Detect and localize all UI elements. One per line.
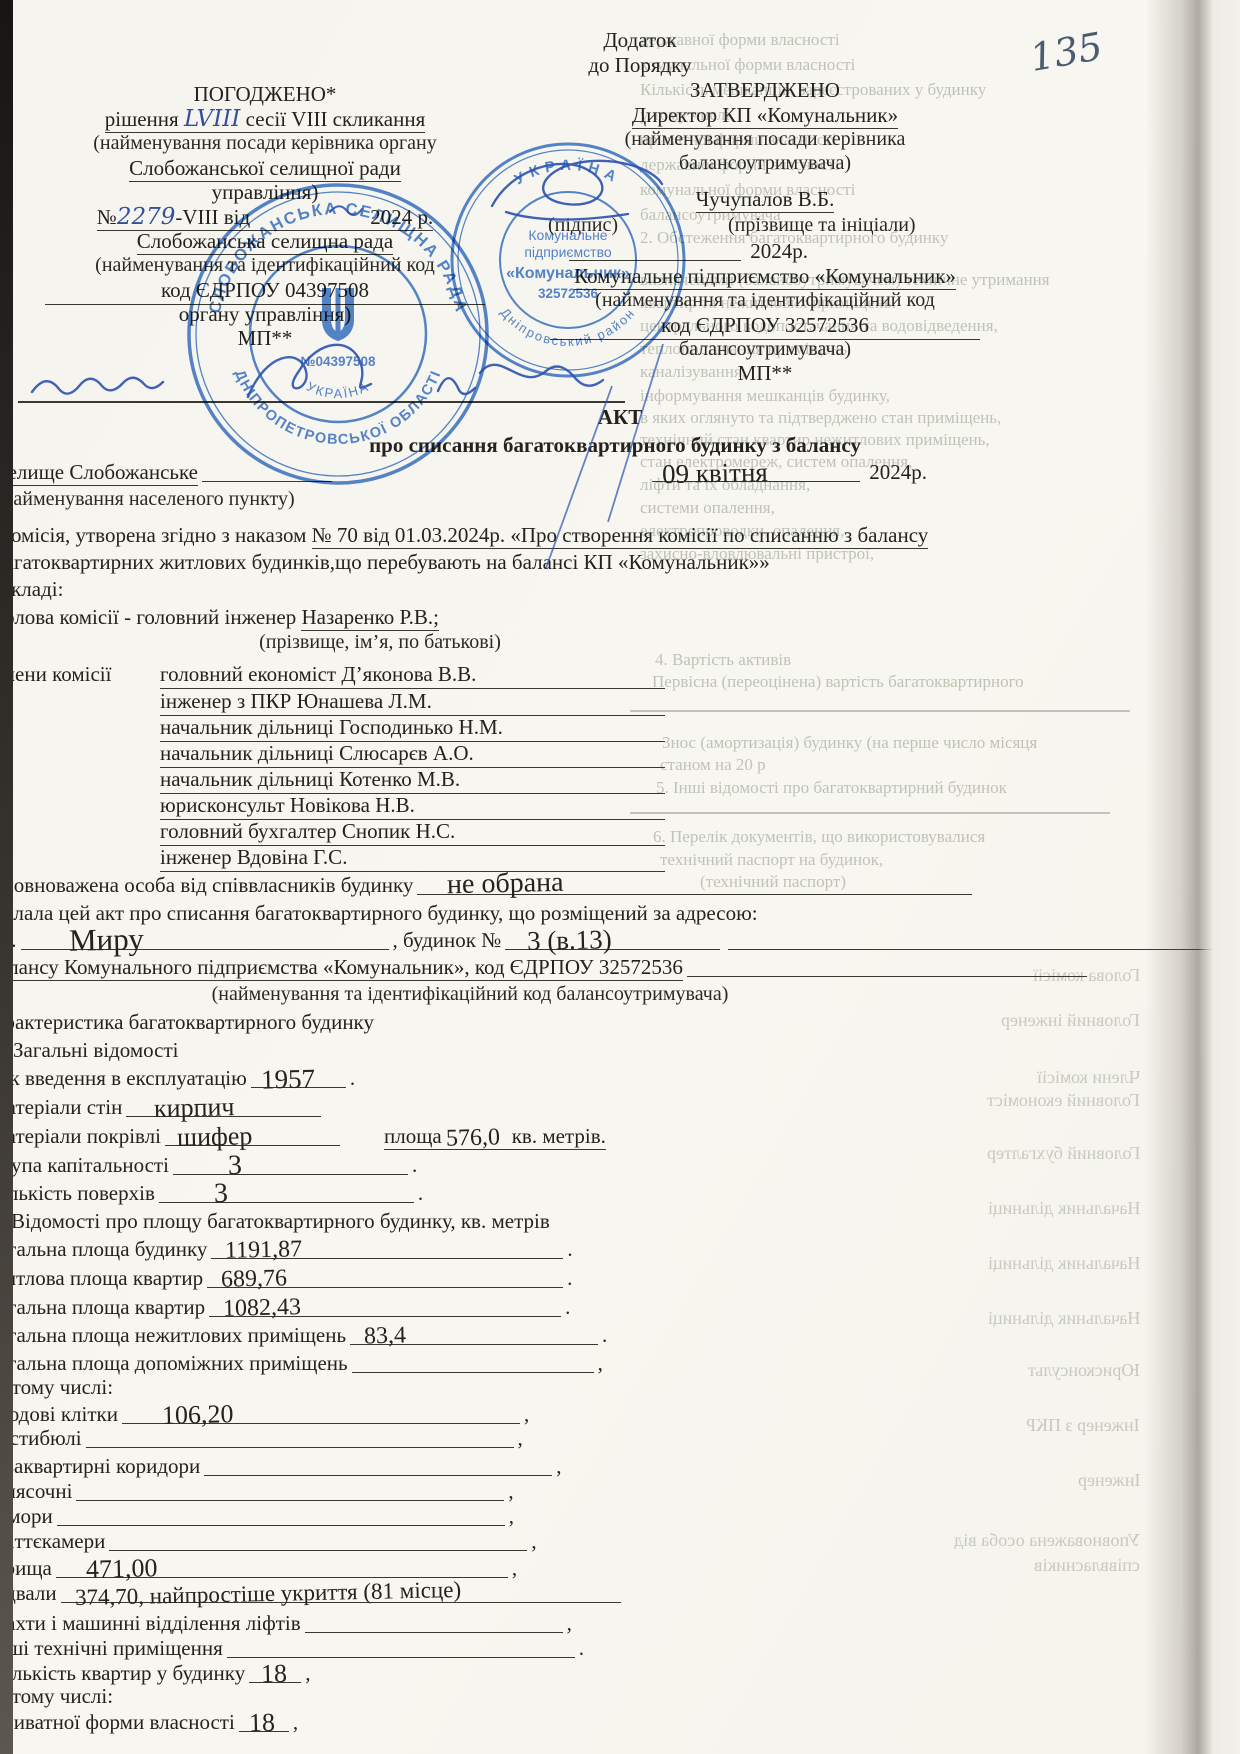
annex-line2: до Порядку <box>470 53 810 78</box>
blank <box>57 1505 505 1526</box>
roof-material-blank: шифер <box>165 1125 340 1146</box>
svg-text:підприємство: підприємство <box>524 244 612 260</box>
commission-intro2: багатоквартирних житлових будинків,що пе… <box>0 550 770 575</box>
blank <box>86 1427 514 1448</box>
svg-text:«Комунальник»: «Комунальник» <box>506 265 630 282</box>
blank: 18 <box>249 1662 301 1683</box>
ghost-text-mirrored: Інженер з ПКР <box>1026 1415 1140 1436</box>
field-living-area: Житлова площа квартир689,76. <box>0 1266 572 1291</box>
wall-material-blank: кирпич <box>126 1096 321 1117</box>
street-blank: Миру <box>21 929 389 950</box>
field-stairwells: сходові клітки106,20, <box>0 1402 529 1427</box>
affirmed-title: ЗАТВЕРДЖЕНО <box>525 78 1005 103</box>
number-handwritten: 2279 <box>117 204 176 230</box>
annex-line1: Додаток <box>470 28 810 53</box>
house-handwritten: 3 (в.13) <box>527 927 612 953</box>
svg-text:УКРАЇНА: УКРАЇНА <box>304 379 372 402</box>
blank <box>352 1352 594 1373</box>
ghost-text: технічний паспорт на будинок, <box>660 850 883 870</box>
year-built-blank: 1957 <box>251 1067 346 1088</box>
roof-area-blank: 576,0 <box>446 1126 508 1146</box>
section-1: 1. Загальні відомості <box>0 1038 179 1063</box>
authorized-handwritten: не обрана <box>447 871 564 897</box>
commission-head: голова комісії - головний інженер Назаре… <box>0 605 439 630</box>
value-handwritten: 471,00 <box>86 1556 158 1581</box>
field-roof-material: Матеріали покрівлішиферплоща576,0кв. мет… <box>0 1124 606 1149</box>
section-2: 2. Відомості про площу багатоквартирного… <box>0 1209 550 1234</box>
blank: 1082,43 <box>209 1296 561 1317</box>
member-row: головний бухгалтер Снопик Н.С. <box>160 819 665 846</box>
field-year-built: Рік введення в експлуатацію1957. <box>0 1066 355 1091</box>
field-auxiliary-area: Загальна площа допоміжних приміщень, <box>0 1351 603 1376</box>
date-blank: 09 квітня <box>652 461 860 482</box>
blank: 689,76 <box>207 1267 563 1288</box>
ghost-text: інформування мешканців будинку, <box>640 386 890 406</box>
head-note: (прізвище, ім’я, по батькові) <box>160 630 600 655</box>
ghost-text-mirrored: Уповноважена особа від <box>954 1530 1140 1551</box>
ghost-text: 6. Перелік документів, що використовувал… <box>653 827 985 847</box>
ghost-text-mirrored: Члени комісії <box>1037 1067 1140 1088</box>
roof-area-units: кв. метрів. <box>512 1124 606 1148</box>
field-corridors: позаквартирні коридори, <box>0 1454 562 1479</box>
value-handwritten: 83,4 <box>364 1324 406 1349</box>
value-handwritten: 1082,43 <box>223 1295 301 1321</box>
balance-note: (найменування та ідентифікаційний код ба… <box>100 982 840 1007</box>
ghost-text: станом на 20 р <box>660 755 766 775</box>
blank: 18 <box>239 1711 289 1732</box>
roof-area-handwritten: 576,0 <box>445 1125 499 1150</box>
blank <box>204 1455 552 1476</box>
blank: 471,00 <box>56 1557 508 1578</box>
including-label: у тому числі: <box>0 1684 113 1709</box>
characteristics-heading: Характеристика багатоквартирного будинку <box>0 1010 374 1035</box>
blank <box>227 1637 575 1658</box>
ghost-text: системи опалення, <box>640 498 775 518</box>
value-handwritten: 689,76 <box>221 1266 287 1291</box>
blank <box>76 1480 504 1501</box>
including-label: у тому числі: <box>0 1375 113 1400</box>
svg-text:№04397508: №04397508 <box>300 354 376 369</box>
member-row: інженер Вдовіна Г.С. <box>160 845 665 872</box>
capital-group-blank: 3 <box>173 1154 408 1175</box>
year-built-handwritten: 1957 <box>261 1066 315 1091</box>
scan-edge-left <box>0 0 13 1754</box>
blank: 106,20 <box>122 1403 520 1424</box>
field-storerooms: комори, <box>0 1504 514 1529</box>
capital-group-handwritten: 3 <box>228 1154 242 1178</box>
ghost-text-mirrored: Головний інженер <box>1001 1010 1140 1031</box>
house-label: , будинок № <box>393 928 502 952</box>
field-elevator-shafts: шахти і машинні відділення ліфтів, <box>0 1611 572 1636</box>
field-other-technical: інші технічні приміщення. <box>0 1636 584 1661</box>
ghost-text: 4. Вартість активів <box>655 650 791 670</box>
ghost-text: Знос (амортизація) будинку (на перше чис… <box>662 733 1037 753</box>
ghost-text-mirrored: Начальник дільниці <box>988 1308 1140 1329</box>
authorized-person-line: уповноважена особа від співвласників буд… <box>0 873 976 898</box>
field-total-apartment-area: Загальна площа квартир1082,43. <box>0 1295 570 1320</box>
field-garbage-chambers: сміттєкамери, <box>0 1529 537 1554</box>
value-handwritten: 1191,87 <box>225 1237 303 1263</box>
blank: 1191,87 <box>211 1238 563 1259</box>
svg-text:Комунальне: Комунальне <box>528 227 607 243</box>
roof-area-label: площа <box>384 1124 442 1148</box>
member-row: начальник дільниці Слюсарєв А.О. <box>160 741 665 768</box>
address-line: вул.Миру, будинок №3 (в.13) <box>0 928 1240 953</box>
value-handwritten: 374,70, найпростіше укриття (81 місце) <box>74 1578 461 1610</box>
decision-post: сесії VIII скликання <box>246 107 426 131</box>
blank <box>305 1612 563 1633</box>
ghost-text-mirrored: співвласників <box>1034 1555 1140 1576</box>
order-reference: № 70 від 01.03.2024р. «Про створення ком… <box>312 523 929 549</box>
balance-blank <box>687 956 1087 977</box>
members-label: члени комісії <box>0 662 111 687</box>
floor-count-handwritten: 3 <box>214 1182 228 1206</box>
ghost-text-mirrored: Головний бухгалтер <box>987 1143 1140 1164</box>
svg-text:УКРАЇНА: УКРАЇНА <box>512 157 625 188</box>
page-curl-right <box>1145 0 1240 1754</box>
ghost-text-mirrored: Головний економіст <box>987 1090 1140 1111</box>
balance-line: балансу Комунального підприємства «Комун… <box>0 955 1091 980</box>
field-vestibules: вестибюлі, <box>0 1426 523 1451</box>
wall-material-handwritten: кирпич <box>154 1095 235 1121</box>
approved-decision: рішення LVIII сесії VIII скликання <box>40 107 490 132</box>
blank: 374,70, найпростіше укриття (81 місце) <box>61 1582 621 1603</box>
act-date: 09 квітня 2024р. <box>648 460 927 485</box>
field-stroller-rooms: колясочні, <box>0 1479 514 1504</box>
date-year: 2024р. <box>869 460 927 484</box>
decision-session-handwritten: LVIII <box>184 106 240 132</box>
member-row: інженер з ПКР Юнашева Л.М. <box>160 689 665 716</box>
ghost-rule <box>630 812 1110 814</box>
field-floor-count: Кількість поверхів3. <box>0 1181 423 1206</box>
date-handwritten: 09 квітня <box>662 460 768 486</box>
svg-text:Дніпровський район: Дніпровський район <box>498 305 639 349</box>
field-apartment-count: Кількість квартир у будинку18, <box>0 1661 310 1686</box>
ghost-text-mirrored: Начальник дільниці <box>988 1198 1140 1219</box>
company-seal-stamp: УКРАЇНА Дніпровський район Комунальне пі… <box>448 140 688 380</box>
field-wall-material: Матеріали стінкирпич <box>0 1095 325 1120</box>
decision-pre: рішення <box>105 107 179 131</box>
member-row: начальник дільниці Котенко М.В. <box>160 767 665 794</box>
house-blank: 3 (в.13) <box>505 929 720 950</box>
blank: 83,4 <box>350 1324 598 1345</box>
head-name: Назаренко Р.В.; <box>301 605 438 631</box>
trident-icon <box>322 288 354 341</box>
field-total-building-area: Загальна площа будинку1191,87. <box>0 1237 573 1262</box>
settlement-note: (найменування населеного пункту) <box>0 487 295 512</box>
document-page: державної форми власності комунальної фо… <box>0 0 1240 1754</box>
affirmed-position: Директор КП «Комунальник» <box>525 103 1005 128</box>
value-handwritten: 18 <box>249 1711 275 1736</box>
ghost-text-mirrored: Начальник дільниці <box>988 1253 1140 1274</box>
field-capital-group: Група капітальності3. <box>0 1153 417 1178</box>
ghost-text-mirrored: Юрисконсульт <box>1028 1360 1140 1381</box>
floor-count-blank: 3 <box>159 1182 414 1203</box>
svg-text:32572536: 32572536 <box>538 286 599 301</box>
street-handwritten: Миру <box>68 927 143 953</box>
blank <box>109 1530 527 1551</box>
ghost-rule <box>630 710 1130 712</box>
field-nonresidential-area: Загальна площа нежитлових приміщень83,4. <box>0 1323 607 1348</box>
value-handwritten: 18 <box>261 1662 287 1687</box>
ghost-text: Первісна (переоцінена) вартість багатокв… <box>652 672 1024 692</box>
member-row: головний економіст Д’яконова В.В. <box>160 662 665 689</box>
member-row: юрисконсульт Новікова Н.В. <box>160 793 665 820</box>
number-prefix: № <box>97 205 117 229</box>
value-handwritten: 106,20 <box>162 1402 234 1427</box>
page-number: 135 <box>1027 24 1106 80</box>
field-private-ownership: приватної форми власності18, <box>0 1710 298 1735</box>
field-basements: підвали374,70, найпростіше укриття (81 м… <box>0 1581 625 1606</box>
commission-intro: Комісія, утворена згідно з наказом № 70 … <box>0 523 928 548</box>
approved-note1: (найменування посади керівника органу <box>40 131 490 156</box>
member-row: начальник дільниці Господинько Н.М. <box>160 715 665 742</box>
approved-title: ПОГОДЖЕНО* <box>40 82 490 107</box>
ghost-text-mirrored: Інженер <box>1078 1470 1140 1491</box>
roof-material-handwritten: шифер <box>177 1124 253 1150</box>
affirmed-name-note: (прізвище та ініціали) <box>728 213 916 238</box>
authorized-blank: не обрана <box>417 874 972 895</box>
ghost-text: 5. Інші відомості про багатоквартирний б… <box>656 778 1007 798</box>
